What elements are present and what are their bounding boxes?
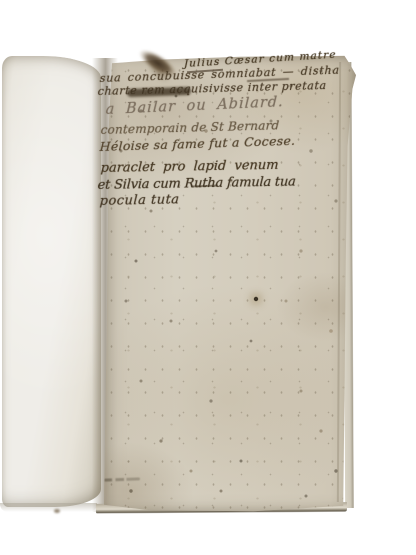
left-page-bottom-shadow — [0, 503, 97, 512]
gutter-debris-speck — [54, 509, 60, 513]
faint-inscription-mark — [104, 474, 140, 483]
handwriting-line-7: paraclet pro lapid venum — [100, 158, 279, 176]
foxing-spots — [100, 54, 102, 56]
handwriting-line-9: pocula tuta — [99, 192, 180, 209]
left-page — [2, 56, 101, 507]
photo-open-manuscript-book: Julius Cæsar cum matre sua concubuisse s… — [0, 0, 416, 555]
